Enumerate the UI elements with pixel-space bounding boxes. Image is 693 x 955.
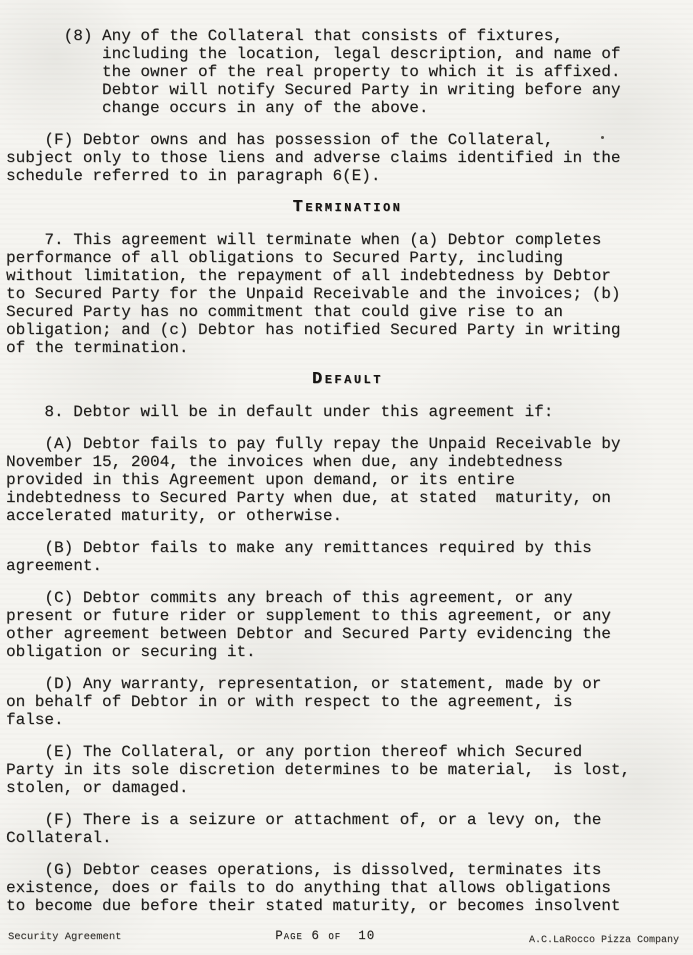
default-clause-d-line: false.	[6, 711, 689, 729]
default-clause-c-line: other agreement between Debtor and Secur…	[6, 625, 689, 643]
paragraph-8-intro: 8. Debtor will be in default under this …	[6, 403, 689, 421]
default-clause-c: (C) Debtor commits any breach of this ag…	[6, 589, 689, 661]
default-clause-f: (F) There is a seizure or attachment of,…	[6, 811, 689, 847]
paragraph-7-termination-line: performance of all obligations to Secure…	[6, 249, 689, 267]
default-heading: Default	[6, 371, 689, 389]
paragraph-7-termination-line: obligation; and (c) Debtor has notified …	[6, 321, 689, 339]
default-clause-g-line: (G) Debtor ceases operations, is dissolv…	[6, 861, 689, 879]
clause-item-8-line: including the location, legal descriptio…	[6, 45, 689, 63]
default-clause-e-line: (E) The Collateral, or any portion there…	[6, 743, 689, 761]
paragraph-6f-line: subject only to those liens and adverse …	[6, 149, 689, 167]
default-clause-g: (G) Debtor ceases operations, is dissolv…	[6, 861, 689, 915]
default-clause-a: (A) Debtor fails to pay fully repay the …	[6, 435, 689, 525]
paragraph-8-intro-line: 8. Debtor will be in default under this …	[6, 403, 689, 421]
default-clause-e: (E) The Collateral, or any portion there…	[6, 743, 689, 797]
default-clause-g-line: to become due before their stated maturi…	[6, 897, 689, 915]
default-clause-c-line: obligation or securing it.	[6, 643, 689, 661]
paragraph-6f-line: (F) Debtor owns and has possession of th…	[6, 131, 689, 149]
paragraph-7-termination-line: without limitation, the repayment of all…	[6, 267, 689, 285]
clause-item-8-line: Debtor will notify Secured Party in writ…	[6, 81, 689, 99]
default-clause-e-line: Party in its sole discretion determines …	[6, 761, 689, 779]
default-clause-d-line: (D) Any warranty, representation, or sta…	[6, 675, 689, 693]
default-clause-a-line: provided in this Agreement upon demand, …	[6, 471, 689, 489]
paragraph-7-termination-line: to Secured Party for the Unpaid Receivab…	[6, 285, 689, 303]
scan-artifact-dot	[601, 136, 604, 139]
default-clause-g-line: existence, does or fails to do anything …	[6, 879, 689, 897]
footer-document-title: Security Agreement	[8, 931, 121, 943]
document-body: (8) Any of the Collateral that consists …	[6, 27, 689, 915]
default-clause-a-line: (A) Debtor fails to pay fully repay the …	[6, 435, 689, 453]
paragraph-6f: (F) Debtor owns and has possession of th…	[6, 131, 689, 185]
footer-company-name: A.C.LaRocco Pizza Company	[529, 935, 679, 946]
termination-heading: Termination	[6, 199, 689, 217]
default-clause-a-line: indebtedness to Secured Party when due, …	[6, 489, 689, 507]
paragraph-7-termination-line: Secured Party has no commitment that cou…	[6, 303, 689, 321]
default-clause-a-line: accelerated maturity, or otherwise.	[6, 507, 689, 525]
paragraph-7-termination-line: 7. This agreement will terminate when (a…	[6, 231, 689, 249]
default-clause-b-line: agreement.	[6, 557, 689, 575]
default-clause-d: (D) Any warranty, representation, or sta…	[6, 675, 689, 729]
document-page: (8) Any of the Collateral that consists …	[0, 0, 693, 955]
default-clause-d-line: on behalf of Debtor in or with respect t…	[6, 693, 689, 711]
default-clause-c-line: (C) Debtor commits any breach of this ag…	[6, 589, 689, 607]
default-clause-c-line: present or future rider or supplement to…	[6, 607, 689, 625]
default-clause-f-line: Collateral.	[6, 829, 689, 847]
clause-item-8: (8) Any of the Collateral that consists …	[6, 27, 689, 117]
paragraph-7-termination: 7. This agreement will terminate when (a…	[6, 231, 689, 357]
footer-page-number: Page 6 of 10	[275, 929, 375, 943]
default-clause-a-line: November 15, 2004, the invoices when due…	[6, 453, 689, 471]
clause-item-8-line: the owner of the real property to which …	[6, 63, 689, 81]
clause-item-8-line: (8) Any of the Collateral that consists …	[6, 27, 689, 45]
page-footer: Security Agreement Page 6 of 10 A.C.LaRo…	[8, 929, 679, 943]
default-clause-e-line: stolen, or damaged.	[6, 779, 689, 797]
default-clause-b: (B) Debtor fails to make any remittances…	[6, 539, 689, 575]
default-clause-f-line: (F) There is a seizure or attachment of,…	[6, 811, 689, 829]
paragraph-6f-line: schedule referred to in paragraph 6(E).	[6, 167, 689, 185]
clause-item-8-line: change occurs in any of the above.	[6, 99, 689, 117]
default-clause-b-line: (B) Debtor fails to make any remittances…	[6, 539, 689, 557]
paragraph-7-termination-line: of the termination.	[6, 339, 689, 357]
